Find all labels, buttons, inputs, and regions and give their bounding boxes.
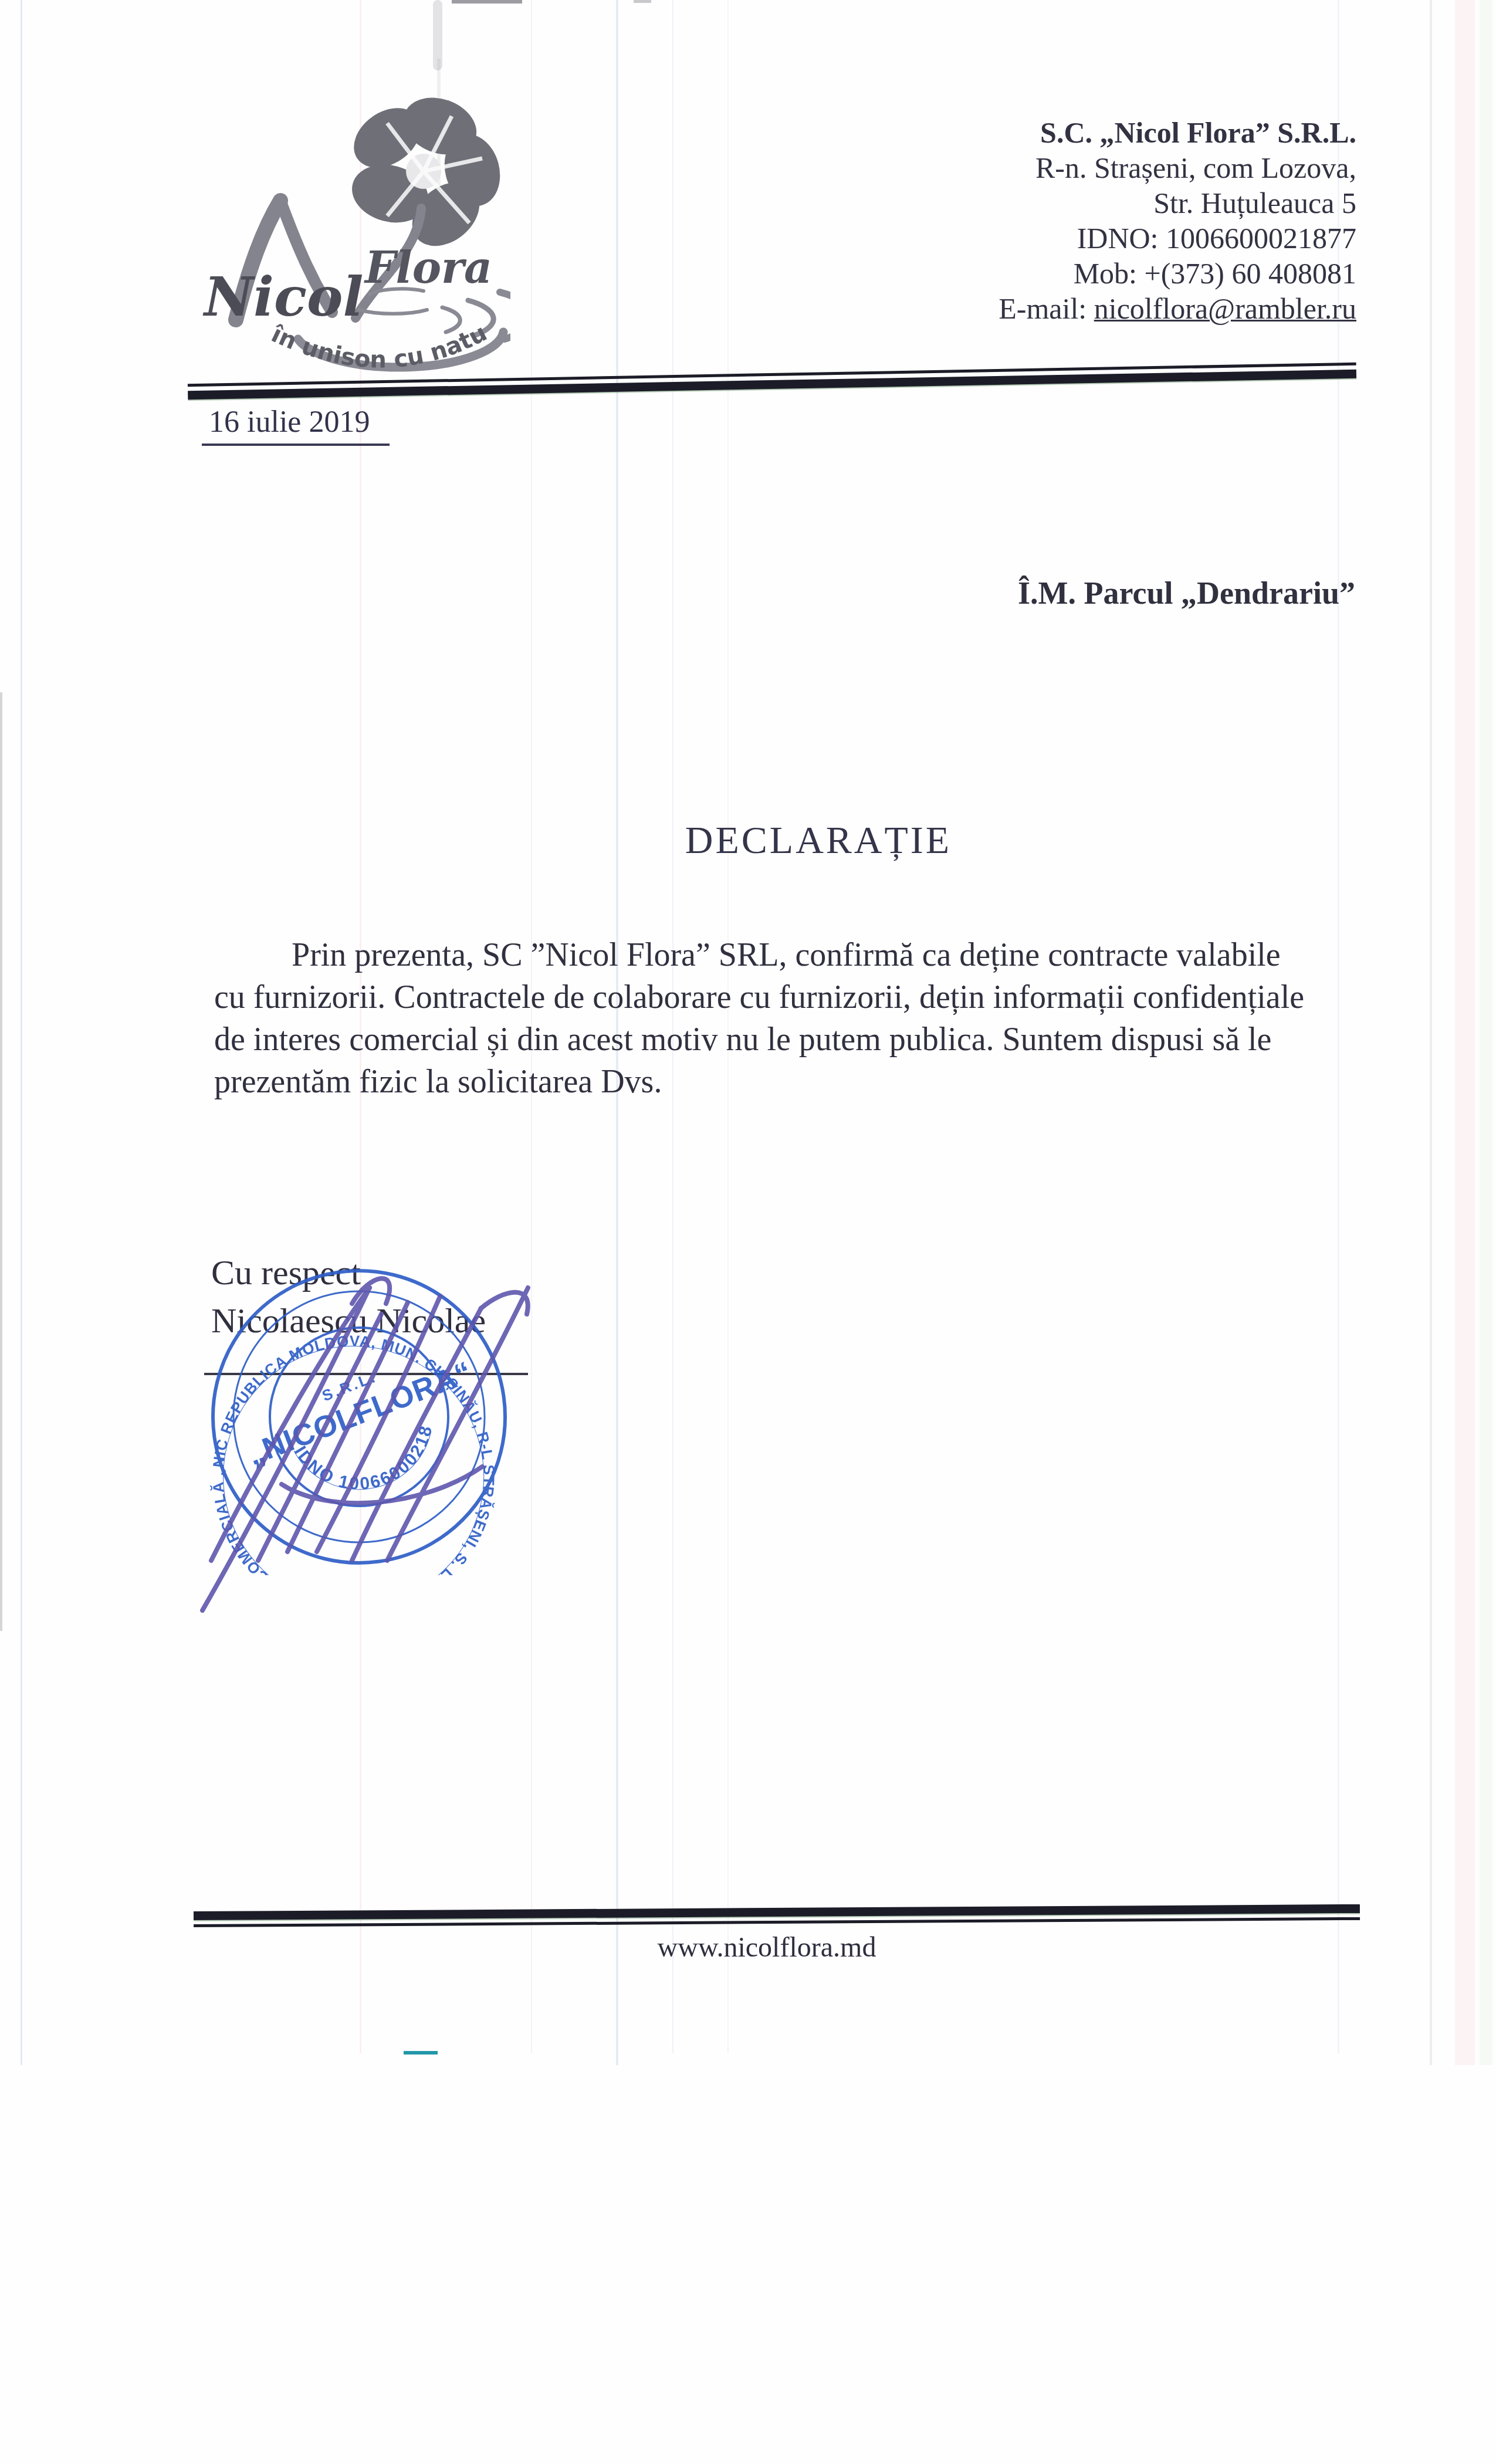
body-line-2: cu furnizorii. Contractele de colaborare…: [214, 976, 1346, 1018]
scan-smudge: [433, 0, 442, 70]
logo-flower-icon: [343, 88, 508, 259]
scan-streak: [1430, 0, 1432, 2065]
company-email-line: E-mail: nicolflora@rambler.ru: [999, 291, 1356, 326]
company-mobile: Mob: +(373) 60 408081: [999, 256, 1356, 291]
scan-mark-top: [452, 0, 522, 4]
scan-mark-teal: [404, 2051, 438, 2055]
company-email: nicolflora@rambler.ru: [1094, 292, 1356, 325]
letter-title: DECLARAȚIE: [685, 818, 952, 863]
scan-streak: [1480, 0, 1492, 2065]
body-line-1: Prin prezenta, SC ”Nicol Flora” SRL, con…: [214, 934, 1346, 976]
logo-brand-right: Flora: [364, 243, 492, 293]
footer-rule: [194, 1904, 1360, 1927]
company-address-line1: R-n. Strașeni, com Lozova,: [999, 150, 1356, 185]
letter-date: 16 iulie 2019: [202, 405, 390, 439]
footer-website: www.nicolflora.md: [658, 1931, 876, 1964]
company-address-line2: Str. Huțuleauca 5: [999, 185, 1356, 221]
scan-streak: [0, 692, 2, 1631]
scanned-letter-page: Nicol Flora în unison cu natura S.C. „Ni…: [0, 0, 1496, 2464]
letter-recipient: Î.M. Parcul „Dendrariu”: [1018, 575, 1355, 611]
company-email-label: E-mail:: [999, 292, 1094, 325]
company-idno: IDNO: 1006600021877: [999, 221, 1356, 256]
company-address-block: S.C. „Nicol Flora” S.R.L. R-n. Strașeni,…: [999, 115, 1356, 326]
scan-streak: [21, 0, 22, 2065]
company-logo: Nicol Flora în unison cu natura: [194, 76, 510, 393]
body-line-3: de interes comercial și din acest motiv …: [214, 1018, 1346, 1061]
scan-mark-top: [634, 0, 651, 3]
logo-brand-left: Nicol: [202, 265, 363, 329]
letter-body: Prin prezenta, SC ”Nicol Flora” SRL, con…: [214, 934, 1346, 1103]
handwritten-signature: [176, 1232, 563, 1631]
body-line-4: prezentăm fizic la solicitarea Dvs.: [214, 1061, 1346, 1103]
scan-streak: [1455, 0, 1475, 2065]
company-name: S.C. „Nicol Flora” S.R.L.: [999, 115, 1356, 150]
